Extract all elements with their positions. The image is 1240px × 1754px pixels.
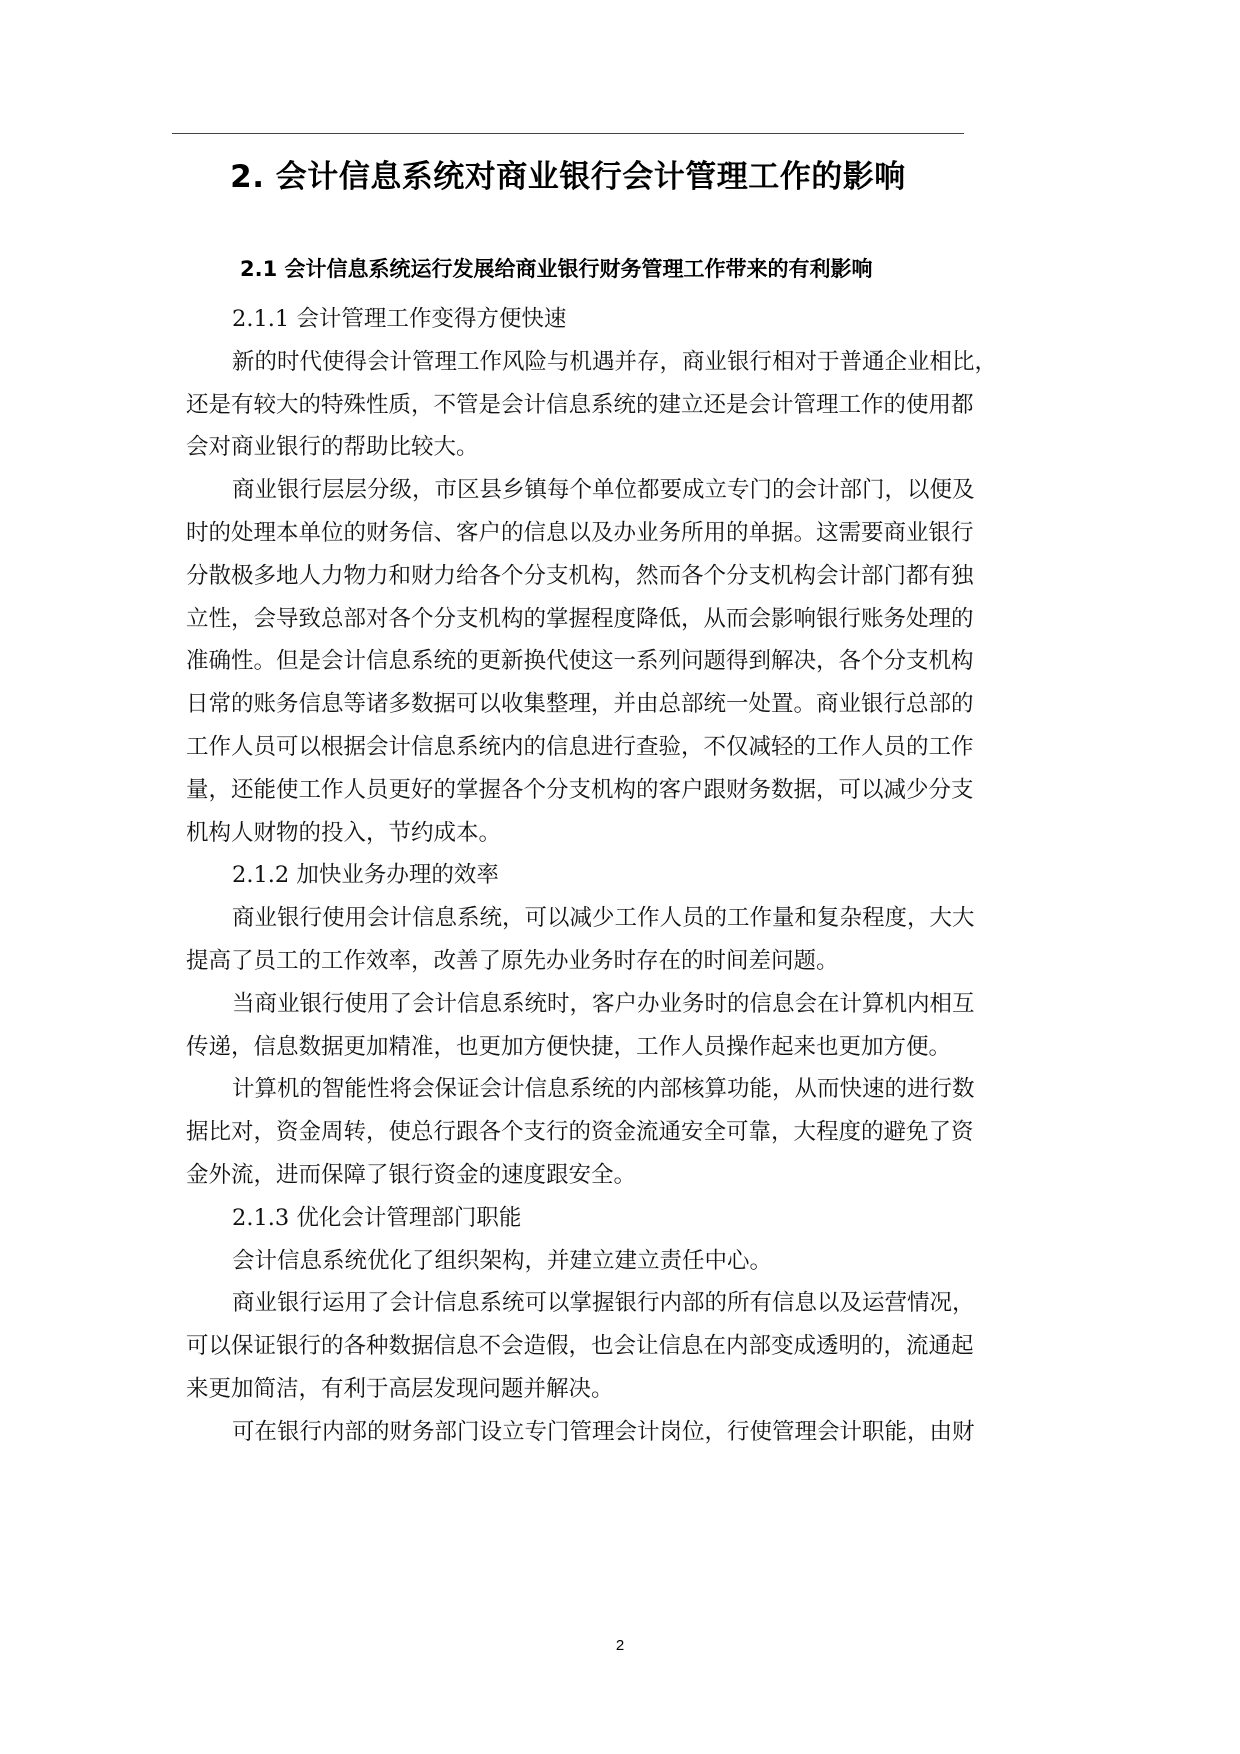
header-rule [172,133,964,134]
paragraph-line: 商业银行层层分级，市区县乡镇每个单位都要成立专门的会计部门，以便及 [186,469,1066,512]
paragraph-line: 计算机的智能性将会保证会计信息系统的内部核算功能，从而快速的进行数 [186,1068,1066,1111]
paragraph-line: 提高了员工的工作效率，改善了原先办业务时存在的时间差问题。 [186,940,1066,983]
paragraph-line: 商业银行使用会计信息系统，可以减少工作人员的工作量和复杂程度，大大 [186,897,1066,940]
paragraph-line: 新的时代使得会计管理工作风险与机遇并存，商业银行相对于普通企业相比， [186,341,1066,384]
subsection-heading: 2.1.2 加快业务办理的效率 [186,854,1066,897]
paragraph-line: 金外流，进而保障了银行资金的速度跟安全。 [186,1154,1066,1197]
paragraph-line: 据比对，资金周转，使总行跟各个支行的资金流通安全可靠，大程度的避免了资 [186,1111,1066,1154]
section-title: 2.1 会计信息系统运行发展给商业银行财务管理工作带来的有利影响 [240,253,980,285]
paragraph-line: 准确性。但是会计信息系统的更新换代使这一系列问题得到解决，各个分支机构 [186,640,1066,683]
paragraph-line: 传递，信息数据更加精准，也更加方便快捷，工作人员操作起来也更加方便。 [186,1026,1066,1069]
paragraph-line: 日常的账务信息等诸多数据可以收集整理，并由总部统一处置。商业银行总部的 [186,683,1066,726]
paragraph-line: 当商业银行使用了会计信息系统时，客户办业务时的信息会在计算机内相互 [186,983,1066,1026]
paragraph-line: 来更加简洁，有利于高层发现问题并解决。 [186,1368,1066,1411]
paragraph-line: 量，还能使工作人员更好的掌握各个分支机构的客户跟财务数据，可以减少分支 [186,769,1066,812]
chapter-title: 2. 会计信息系统对商业银行会计管理工作的影响 [172,155,964,199]
page-number: 2 [0,1637,1240,1654]
paragraph-line: 分散极多地人力物力和财力给各个分支机构，然而各个分支机构会计部门都有独 [186,555,1066,598]
paragraph-line: 立性，会导致总部对各个分支机构的掌握程度降低，从而会影响银行账务处理的 [186,598,1066,641]
paragraph-line: 会对商业银行的帮助比较大。 [186,426,1066,469]
paragraph-line: 时的处理本单位的财务信、客户的信息以及办业务所用的单据。这需要商业银行 [186,512,1066,555]
paragraph-line: 商业银行运用了会计信息系统可以掌握银行内部的所有信息以及运营情况， [186,1282,1066,1325]
paragraph-line: 还是有较大的特殊性质，不管是会计信息系统的建立还是会计管理工作的使用都 [186,384,1066,427]
paragraph-line: 可在银行内部的财务部门设立专门管理会计岗位，行使管理会计职能，由财 [186,1411,1066,1454]
paragraph-line: 机构人财物的投入，节约成本。 [186,812,1066,855]
document-page: 2. 会计信息系统对商业银行会计管理工作的影响 2.1 会计信息系统运行发展给商… [0,0,1240,1754]
paragraph-line: 工作人员可以根据会计信息系统内的信息进行查验，不仅减轻的工作人员的工作 [186,726,1066,769]
paragraph-line: 会计信息系统优化了组织架构，并建立建立责任中心。 [186,1240,1066,1283]
body-text: 2.1.1 会计管理工作变得方便快速新的时代使得会计管理工作风险与机遇并存，商业… [186,298,1066,1454]
subsection-heading: 2.1.3 优化会计管理部门职能 [186,1197,1066,1240]
paragraph-line: 可以保证银行的各种数据信息不会造假，也会让信息在内部变成透明的，流通起 [186,1325,1066,1368]
subsection-heading: 2.1.1 会计管理工作变得方便快速 [186,298,1066,341]
